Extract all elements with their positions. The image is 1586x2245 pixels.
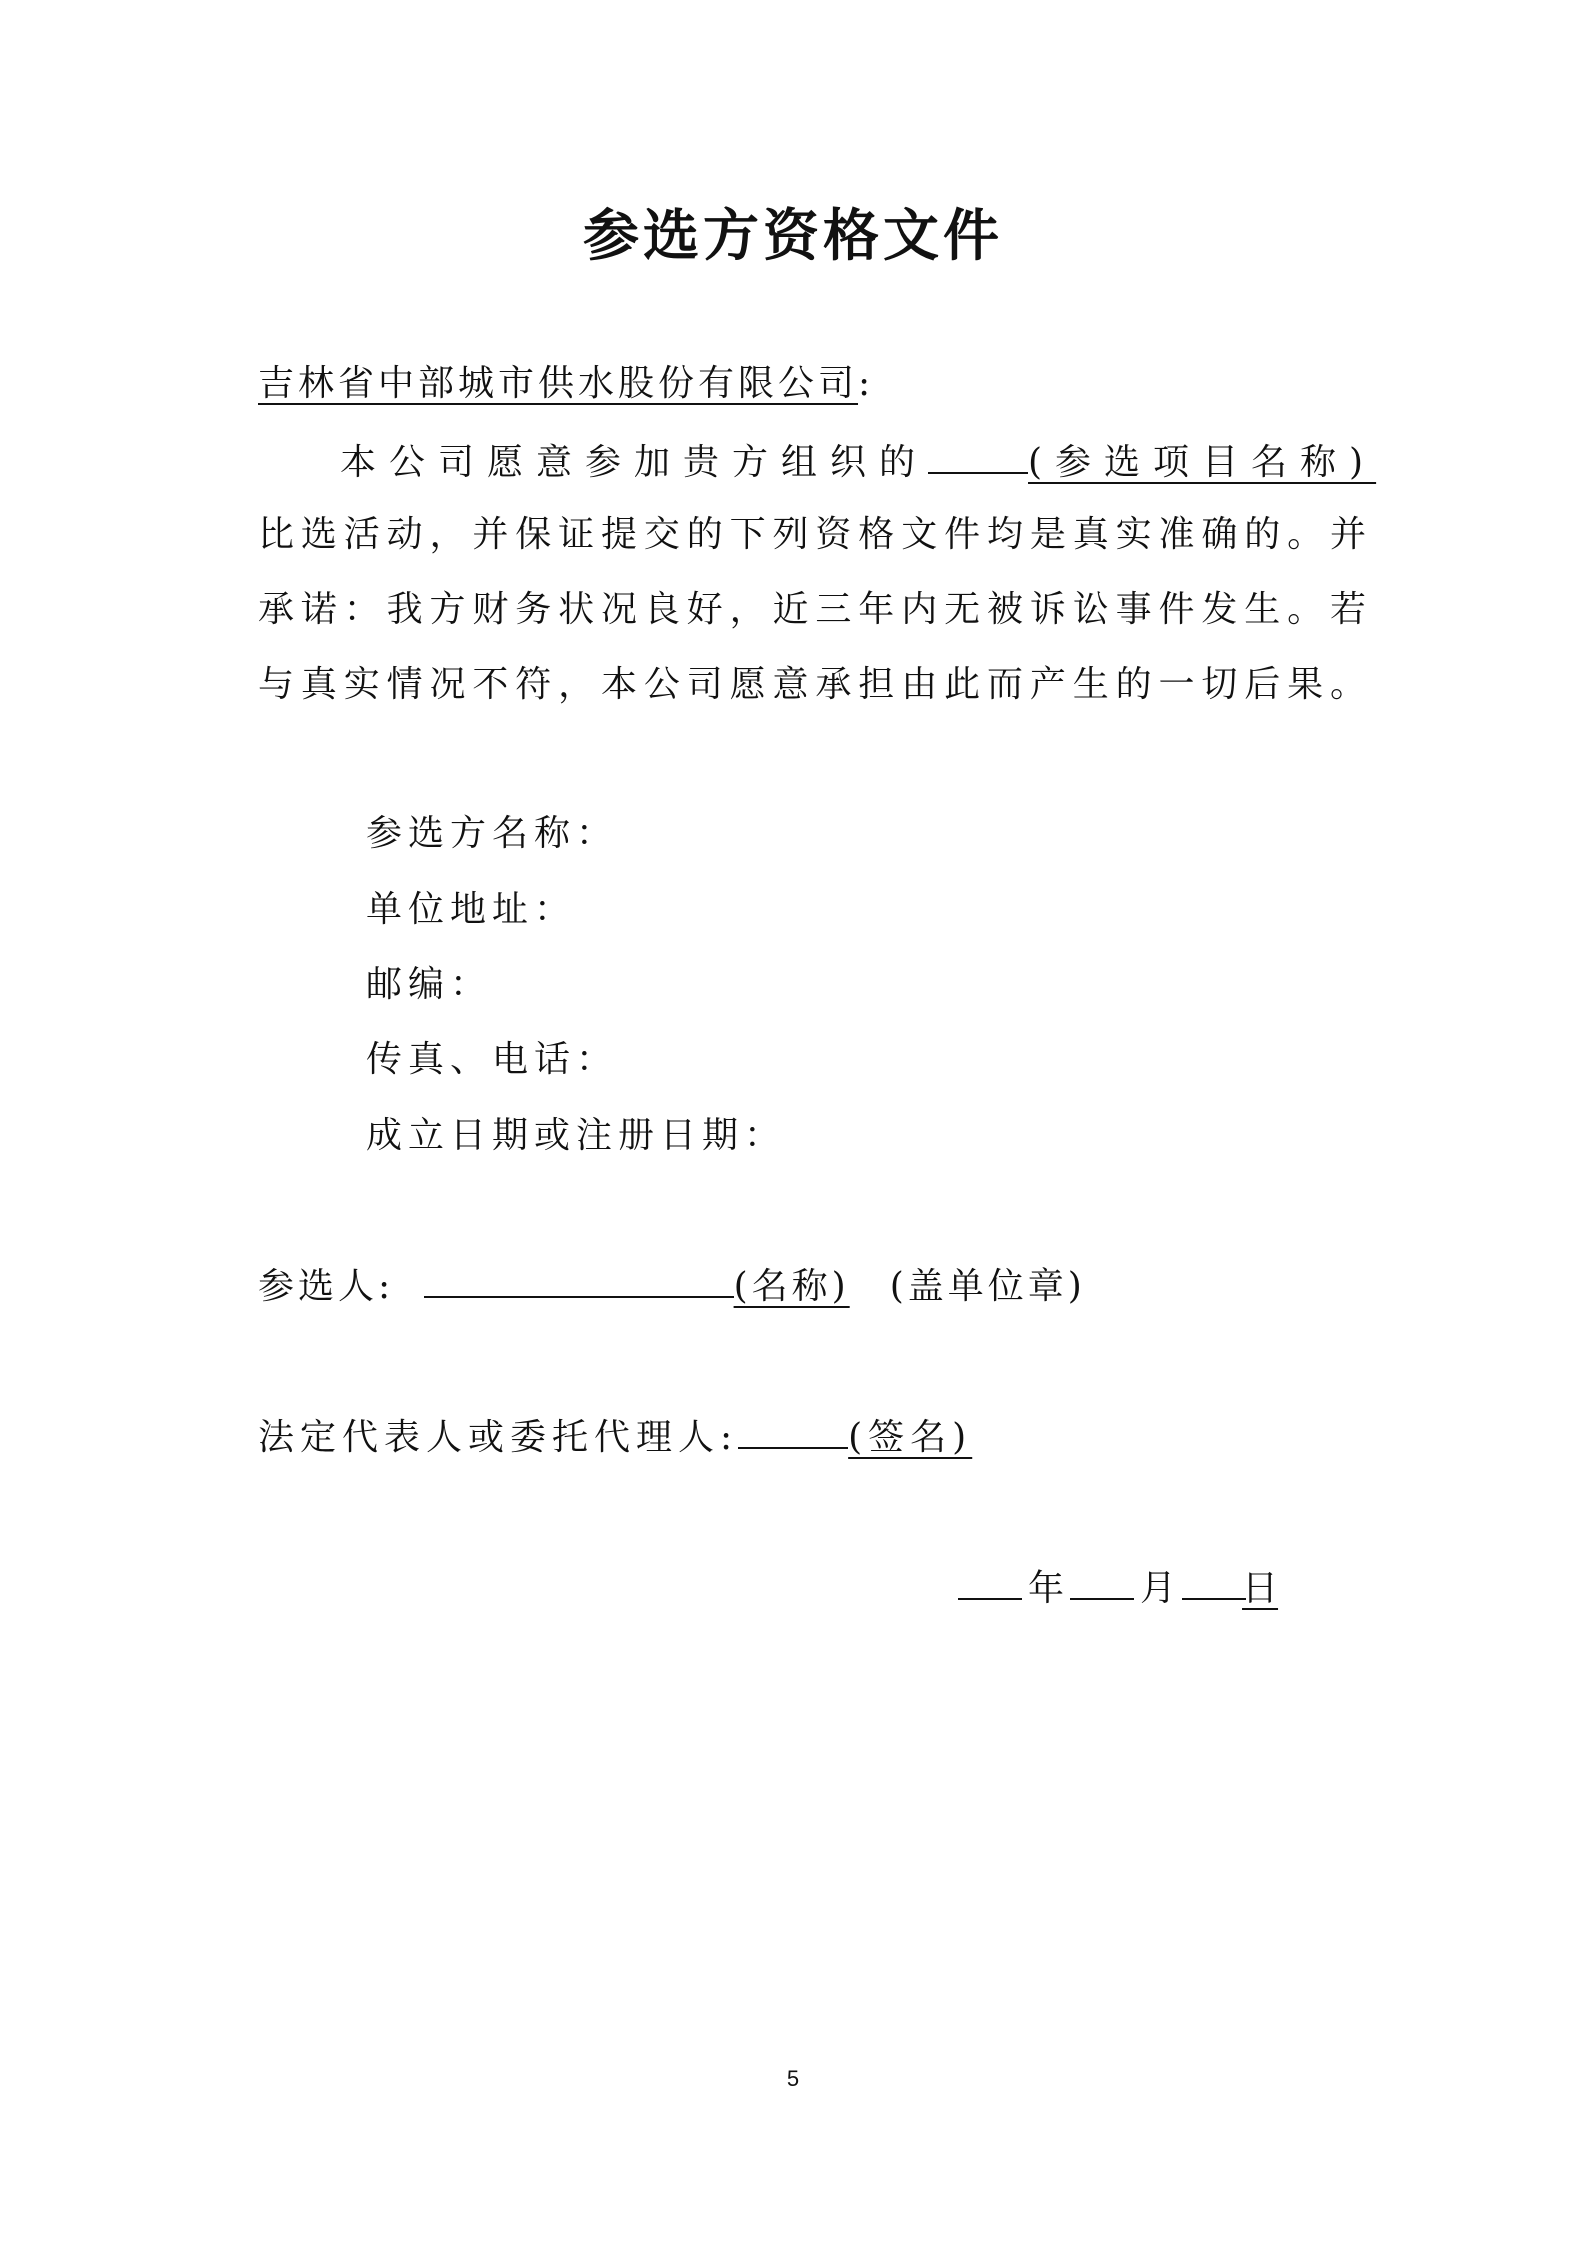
representative-signature-blank[interactable] bbox=[738, 1411, 848, 1449]
paragraph-line-2: 比选活动，并保证提交的下列资格文件均是真实准确的。并 bbox=[258, 511, 1366, 559]
month-blank[interactable] bbox=[1070, 1562, 1134, 1600]
paragraph-line-1: 本公司愿意参加贵方组织的(参选项目名称) bbox=[340, 436, 1376, 487]
paragraph-line-1-text: 本公司愿意参加贵方组织的 bbox=[340, 442, 928, 483]
field-fax-phone: 传真、电话： bbox=[366, 1036, 618, 1084]
addressee-line: 吉林省中部城市供水股份有限公司: bbox=[258, 360, 874, 408]
paragraph-line-4: 与真实情况不符，本公司愿意承担由此而产生的一切后果。 bbox=[258, 661, 1366, 709]
day-blank[interactable] bbox=[1182, 1562, 1246, 1600]
addressee: 吉林省中部城市供水股份有限公司 bbox=[258, 363, 858, 404]
field-postcode: 邮编： bbox=[366, 961, 492, 1009]
day-label: 日 bbox=[1242, 1568, 1278, 1609]
field-address: 单位地址： bbox=[366, 886, 576, 934]
participant-name-placeholder: (名称) bbox=[734, 1266, 850, 1307]
field-established-date: 成立日期或注册日期： bbox=[366, 1112, 786, 1160]
date-line: 年月日 bbox=[958, 1562, 1278, 1613]
page-title: 参选方资格文件 bbox=[0, 192, 1586, 272]
representative-label: 法定代表人或委托代理人: bbox=[258, 1417, 738, 1458]
field-participant-name: 参选方名称： bbox=[366, 810, 618, 858]
project-name-placeholder: (参选项目名称) bbox=[1028, 442, 1376, 483]
participant-seal: (盖单位章) bbox=[890, 1266, 1086, 1307]
project-name-blank[interactable] bbox=[928, 436, 1028, 474]
paragraph-line-3: 承诺：我方财务状况良好，近三年内无被诉讼事件发生。若 bbox=[258, 586, 1366, 634]
page-number: 5 bbox=[0, 2066, 1586, 2092]
participant-name-blank[interactable] bbox=[424, 1260, 734, 1298]
year-label: 年 bbox=[1028, 1568, 1064, 1609]
month-label: 月 bbox=[1140, 1568, 1176, 1609]
participant-label: 参选人: bbox=[258, 1266, 394, 1307]
representative-placeholder: (签名) bbox=[848, 1417, 972, 1458]
year-blank[interactable] bbox=[958, 1562, 1022, 1600]
representative-signature-line: 法定代表人或委托代理人:(签名) bbox=[258, 1411, 972, 1462]
participant-signature-line: 参选人: (名称)(盖单位章) bbox=[258, 1260, 1086, 1311]
addressee-colon: : bbox=[858, 363, 874, 404]
